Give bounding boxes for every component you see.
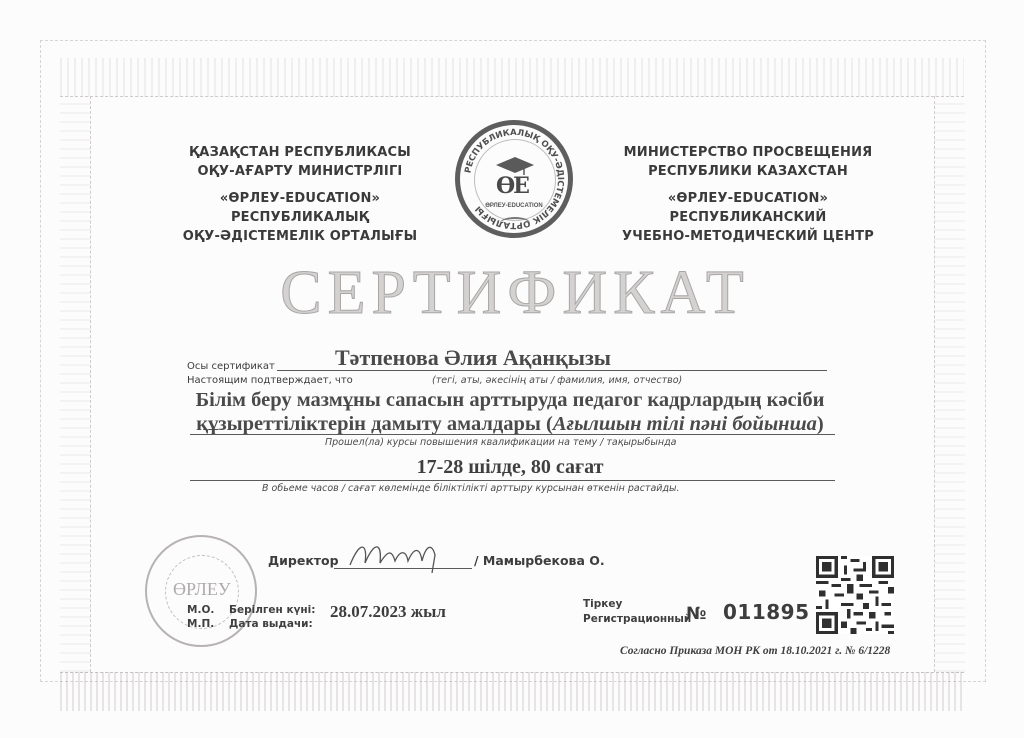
seal-place-ru: М.П. [187, 617, 214, 631]
logo-monogram: ӨЕ [496, 173, 528, 199]
number-sign: № [686, 604, 706, 624]
topic-underline [190, 434, 835, 435]
dates-underline [190, 480, 835, 481]
course-dates-hours: 17-28 шілде, 80 сағат [190, 456, 830, 479]
topic-hint: Прошел(ла) курсы повышения квалификации … [325, 437, 676, 448]
header-line: РЕСПУБЛИКИ КАЗАХСТАН [598, 162, 898, 181]
topic-line-1: Білім беру мазмұны сапасын арттыруда пед… [190, 388, 830, 412]
border-ornament-top [60, 58, 964, 97]
name-hint: (тегі, аты, әкесінің аты / фамилия, имя,… [432, 375, 682, 386]
hours-hint: В обьеме часов / сағат көлемінде білікті… [262, 483, 680, 494]
header-line: ОҚУ-ӘДІСТЕМЕЛІК ОРТАЛЫҒЫ [150, 227, 450, 246]
border-ornament-bottom [60, 672, 964, 711]
orleu-education-logo: РЕСПУБЛИКАЛЫҚ ОҚУ-ӘДІСТЕМЕЛІК ОРТАЛЫҒЫ Ө… [455, 120, 573, 238]
recipient-label-kz: Осы сертификат [187, 361, 275, 372]
course-topic: Білім беру мазмұны сапасын арттыруда пед… [190, 388, 830, 436]
border-ornament-left [60, 96, 91, 672]
recipient-label-ru: Настоящим подтверждает, что [187, 375, 353, 386]
stamp-text: ӨРЛЕУ [173, 579, 231, 600]
signature-icon [340, 535, 460, 575]
issuer-header-russian: МИНИСТЕРСТВО ПРОСВЕЩЕНИЯ РЕСПУБЛИКИ КАЗА… [598, 143, 898, 246]
header-line: УЧЕБНО-МЕТОДИЧЕСКИЙ ЦЕНТР [598, 227, 898, 246]
certificate-title: СЕРТИФИКАТ [250, 258, 780, 329]
registration-label: Тіркеу Регистрационный [583, 597, 691, 627]
issue-date-label-ru: Дата выдачи: [229, 617, 313, 631]
border-ornament-right [934, 96, 965, 672]
issue-date-label-kz: Берілген күні: [229, 603, 315, 617]
seal-place-kz: М.О. [187, 603, 214, 617]
issue-date: 28.07.2023 жыл [330, 602, 446, 622]
director-label: Директор [268, 553, 339, 568]
subject-name: Ағылшын тілі пәні бойынша [553, 413, 817, 435]
director-name: / Мамырбекова О. [474, 553, 605, 568]
topic-line-2: құзыреттіліктерін дамыту амалдары (Ағылш… [190, 412, 830, 436]
header-line: МИНИСТЕРСТВО ПРОСВЕЩЕНИЯ [598, 143, 898, 162]
logo-caption: ӨРЛЕУ-EDUCATION [474, 203, 554, 209]
ornament-icon [500, 217, 530, 229]
issuer-header-kazakh: ҚАЗАҚСТАН РЕСПУБЛИКАСЫ ОҚУ-АҒАРТУ МИНИСТ… [150, 143, 450, 246]
header-line: ҚАЗАҚСТАН РЕСПУБЛИКАСЫ [150, 143, 450, 162]
recipient-name: Тәтпенова Әлия Ақанқызы [335, 345, 611, 371]
order-reference: Согласно Приказа МОН РК от 18.10.2021 г.… [620, 645, 890, 657]
header-line: «ӨРЛЕУ-EDUCATION» РЕСПУБЛИКАНСКИЙ [598, 189, 898, 227]
header-line: «ӨРЛЕУ-EDUCATION» РЕСПУБЛИКАЛЫҚ [150, 189, 450, 227]
registration-number: 011895 [723, 600, 810, 624]
qr-code-icon [816, 556, 894, 634]
header-line: ОҚУ-АҒАРТУ МИНИСТРЛІГІ [150, 162, 450, 181]
